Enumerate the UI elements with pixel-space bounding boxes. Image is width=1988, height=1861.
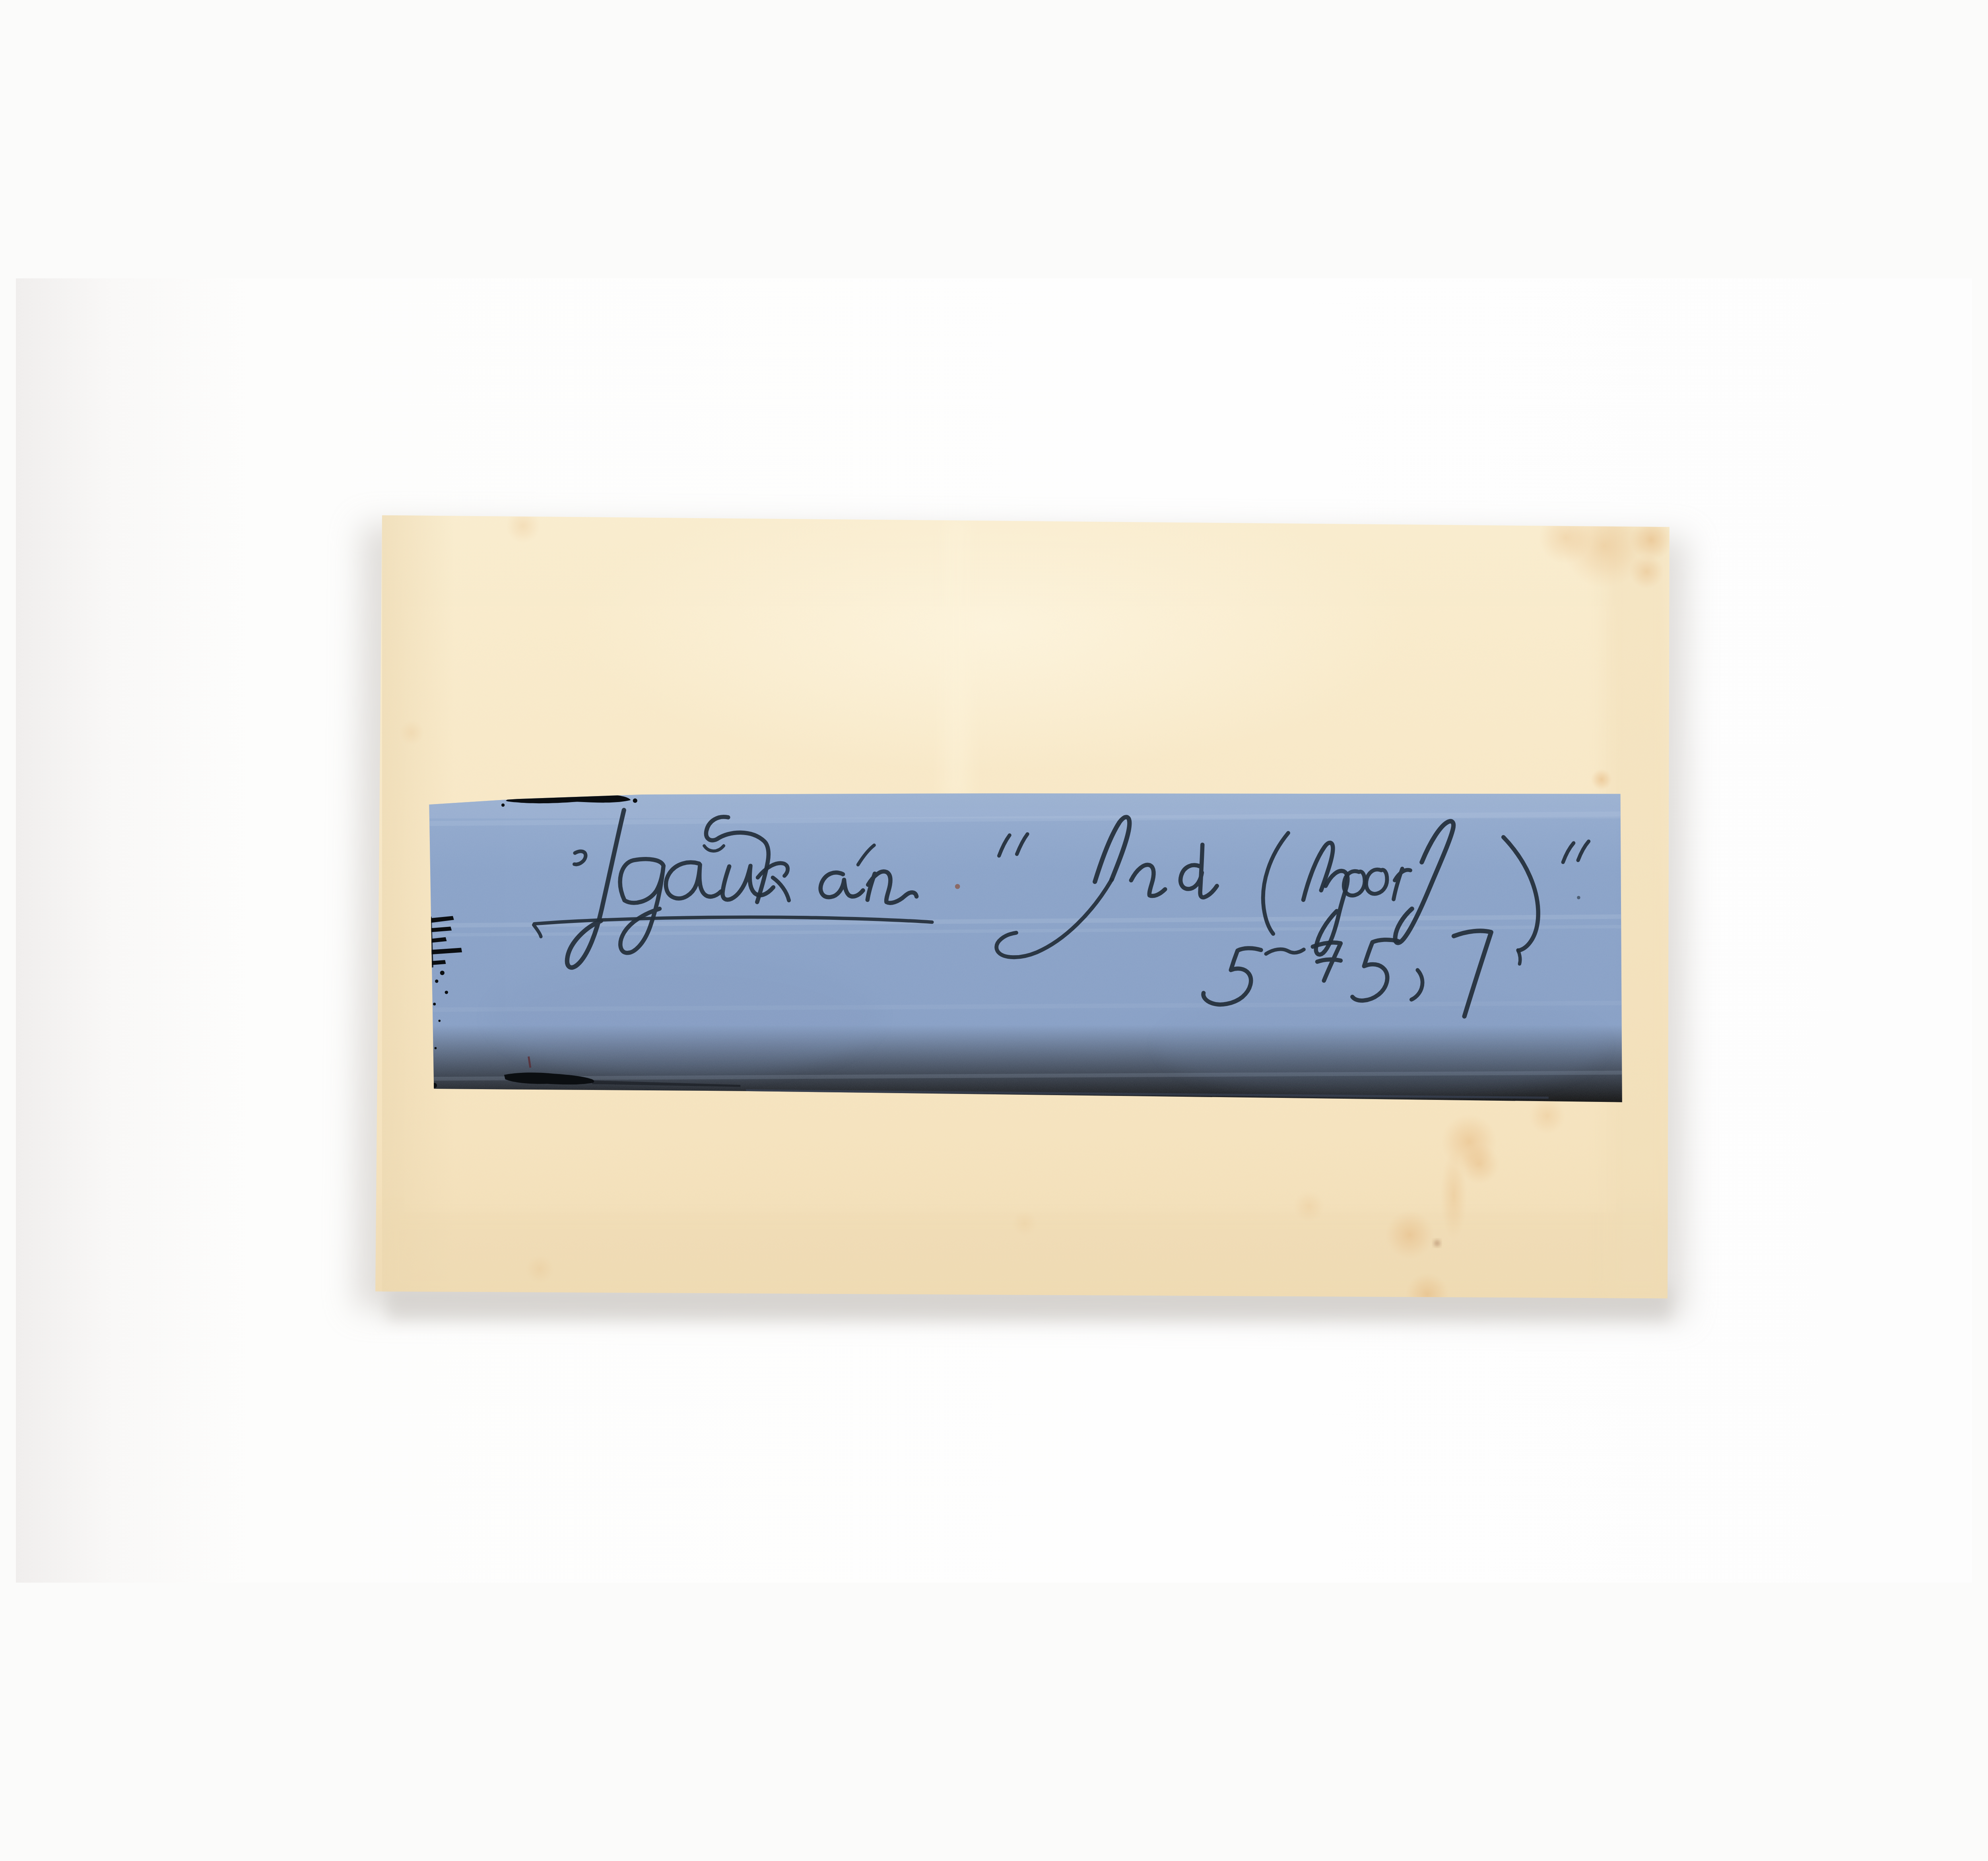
photo-canvas [16, 278, 1972, 1583]
photo: Aged cream card with a pasted blue paper… [16, 278, 1972, 1583]
